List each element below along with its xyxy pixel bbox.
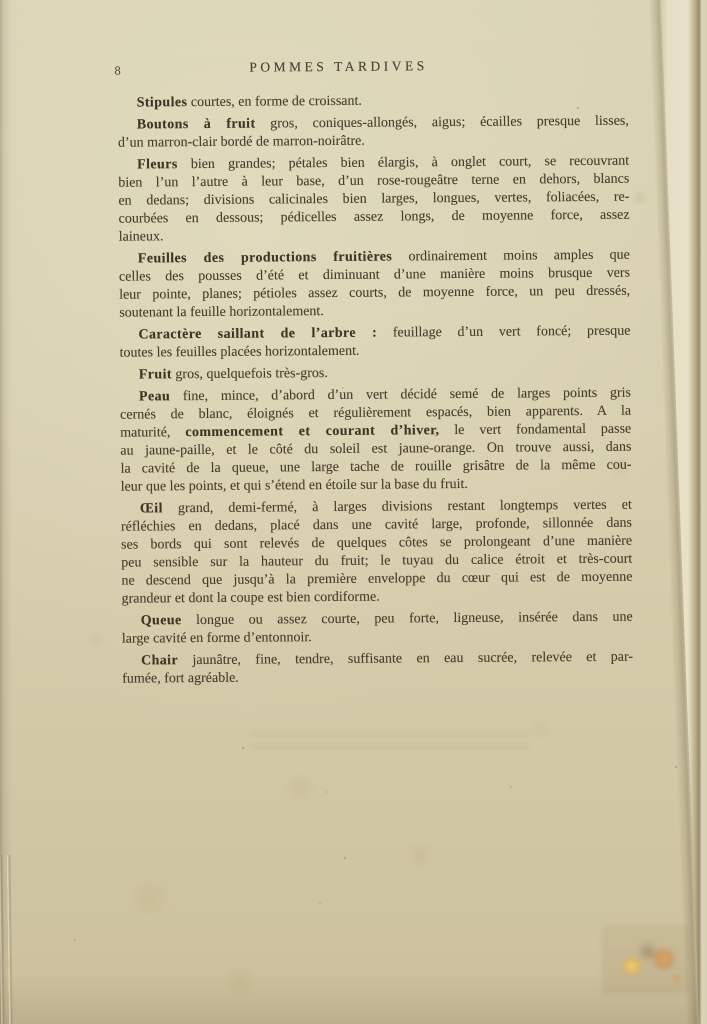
text-run: feuillage d’un vert foncé; presque bbox=[377, 324, 630, 341]
paragraph: Peau fine, mince, d’abord d’un vert déci… bbox=[120, 385, 632, 497]
lead-word: Queue bbox=[141, 613, 182, 628]
text-run: longue ou assez courte, peu forte, ligne… bbox=[182, 610, 633, 629]
text-line: d’un marron-clair bordé de marron-noirât… bbox=[118, 131, 629, 153]
text-run: leur pointe, planes; pétioles assez cour… bbox=[119, 284, 630, 303]
text-run: toutes les feuilles placées horizontalem… bbox=[120, 344, 360, 361]
lead-word: Fleurs bbox=[137, 157, 178, 172]
text-run: le vert fondamental passe bbox=[439, 422, 631, 439]
lead-word: Stipules bbox=[137, 95, 188, 110]
text-run: maturité, bbox=[120, 425, 185, 441]
paragraph: Chair jaunâtre, fine, tendre, suffisante… bbox=[122, 649, 633, 689]
text-run: celles des pousses d’été et diminuant d’… bbox=[119, 266, 630, 285]
page-number: 8 bbox=[114, 64, 120, 79]
paragraph: Œil grand, demi-fermé, à larges division… bbox=[121, 497, 633, 609]
text-run: gros, quelquefois très-gros. bbox=[172, 366, 328, 382]
text-run: fumée, fort agréable. bbox=[122, 671, 239, 687]
book-page: 8 POMMES TARDIVES Stipules courtes, en f… bbox=[0, 0, 707, 1024]
text-run: réfléchies en dedans, placé dans une cav… bbox=[121, 516, 632, 535]
text-line: toutes les feuilles placées horizontalem… bbox=[120, 341, 631, 363]
text-run: ordinairement moins amples que bbox=[392, 248, 630, 265]
text-run: courbées en dessous; pédicelles assez lo… bbox=[119, 208, 630, 227]
paragraph: Boutons à fruit gros, coniques-allongés,… bbox=[118, 113, 629, 153]
text-run: fine, mince, d’abord d’un vert décidé se… bbox=[170, 386, 631, 405]
lead-word: Caractère saillant de l’arbre : bbox=[138, 326, 377, 343]
paragraph: Caractère saillant de l’arbre : feuillag… bbox=[119, 323, 630, 363]
text-run: en dedans; divisions calicinales bien la… bbox=[118, 190, 629, 209]
text-run: leur que les points, et qui s’étend en é… bbox=[121, 477, 468, 495]
text-run: laineux. bbox=[119, 229, 164, 244]
text-line: grandeur et dont la coupe est bien cordi… bbox=[121, 587, 632, 609]
text-run: bien l’un l’autre à leur base, d’un rose… bbox=[118, 172, 629, 191]
paragraph: Queue longue ou assez courte, peu forte,… bbox=[122, 609, 633, 649]
text-run: d’un marron-clair bordé de marron-noirât… bbox=[118, 134, 365, 151]
text-line: fumée, fort agréable. bbox=[122, 667, 633, 689]
text-run: large cavité en forme d’entonnoir. bbox=[122, 630, 312, 646]
lead-word: Peau bbox=[139, 389, 170, 404]
text-run: ne descend que jusqu’à la première envel… bbox=[121, 570, 632, 589]
text-line: large cavité en forme d’entonnoir. bbox=[122, 627, 633, 649]
text-run: cernés de blanc, éloignés et régulièreme… bbox=[120, 404, 631, 423]
paragraph: Fruit gros, quelquefois très-gros. bbox=[120, 363, 631, 385]
paragraph: Fleurs bien grandes; pétales bien élargi… bbox=[118, 153, 630, 247]
running-header: POMMES TARDIVES bbox=[249, 58, 427, 75]
text-run: courtes, en forme de croissant. bbox=[187, 94, 362, 110]
text-run: gros, coniques-allongés, aigus; écailles… bbox=[255, 114, 628, 132]
paragraph: Feuilles des productions fruitières ordi… bbox=[119, 247, 631, 323]
lead-word: Feuilles des productions fruitières bbox=[138, 250, 392, 267]
lead-word: Boutons à fruit bbox=[137, 117, 256, 133]
text-run: peu sensible sur la hauteur du fruit; le… bbox=[121, 552, 632, 571]
text-line: soutenant la feuille horizontalement. bbox=[119, 301, 630, 323]
paragraph: Stipules courtes, en forme de croissant. bbox=[118, 91, 629, 113]
text-run: bien grandes; pétales bien élargis, à on… bbox=[178, 154, 630, 173]
text-block: Stipules courtes, en forme de croissant.… bbox=[118, 91, 634, 689]
lead-word: Fruit bbox=[139, 367, 172, 382]
lead-word: Chair bbox=[141, 653, 178, 668]
lead-word: Œil bbox=[140, 501, 163, 516]
text-run: la cavité de la queue, une large tache d… bbox=[120, 458, 631, 477]
text-line: leur que les points, et qui s’étend en é… bbox=[121, 475, 632, 497]
text-run: soutenant la feuille horizontalement. bbox=[119, 304, 324, 321]
book-page-scan: 8 POMMES TARDIVES Stipules courtes, en f… bbox=[0, 0, 707, 1024]
printed-text-layer: 8 POMMES TARDIVES Stipules courtes, en f… bbox=[0, 0, 707, 1024]
text-run: jaunâtre, fine, tendre, suffisante en ea… bbox=[178, 650, 633, 669]
lead-word: commencement et courant d’hiver, bbox=[185, 423, 439, 440]
text-run: grandeur et dont la coupe est bien cordi… bbox=[121, 590, 379, 607]
text-run: grand, demi-fermé, à larges divisions re… bbox=[163, 498, 632, 517]
text-run: au jaune-paille, et le côté du soleil es… bbox=[120, 440, 631, 459]
text-run: ses bords qui sont relevés de quelques c… bbox=[121, 534, 632, 553]
text-line: Stipules courtes, en forme de croissant. bbox=[118, 91, 629, 113]
text-line: Fruit gros, quelquefois très-gros. bbox=[120, 363, 631, 385]
